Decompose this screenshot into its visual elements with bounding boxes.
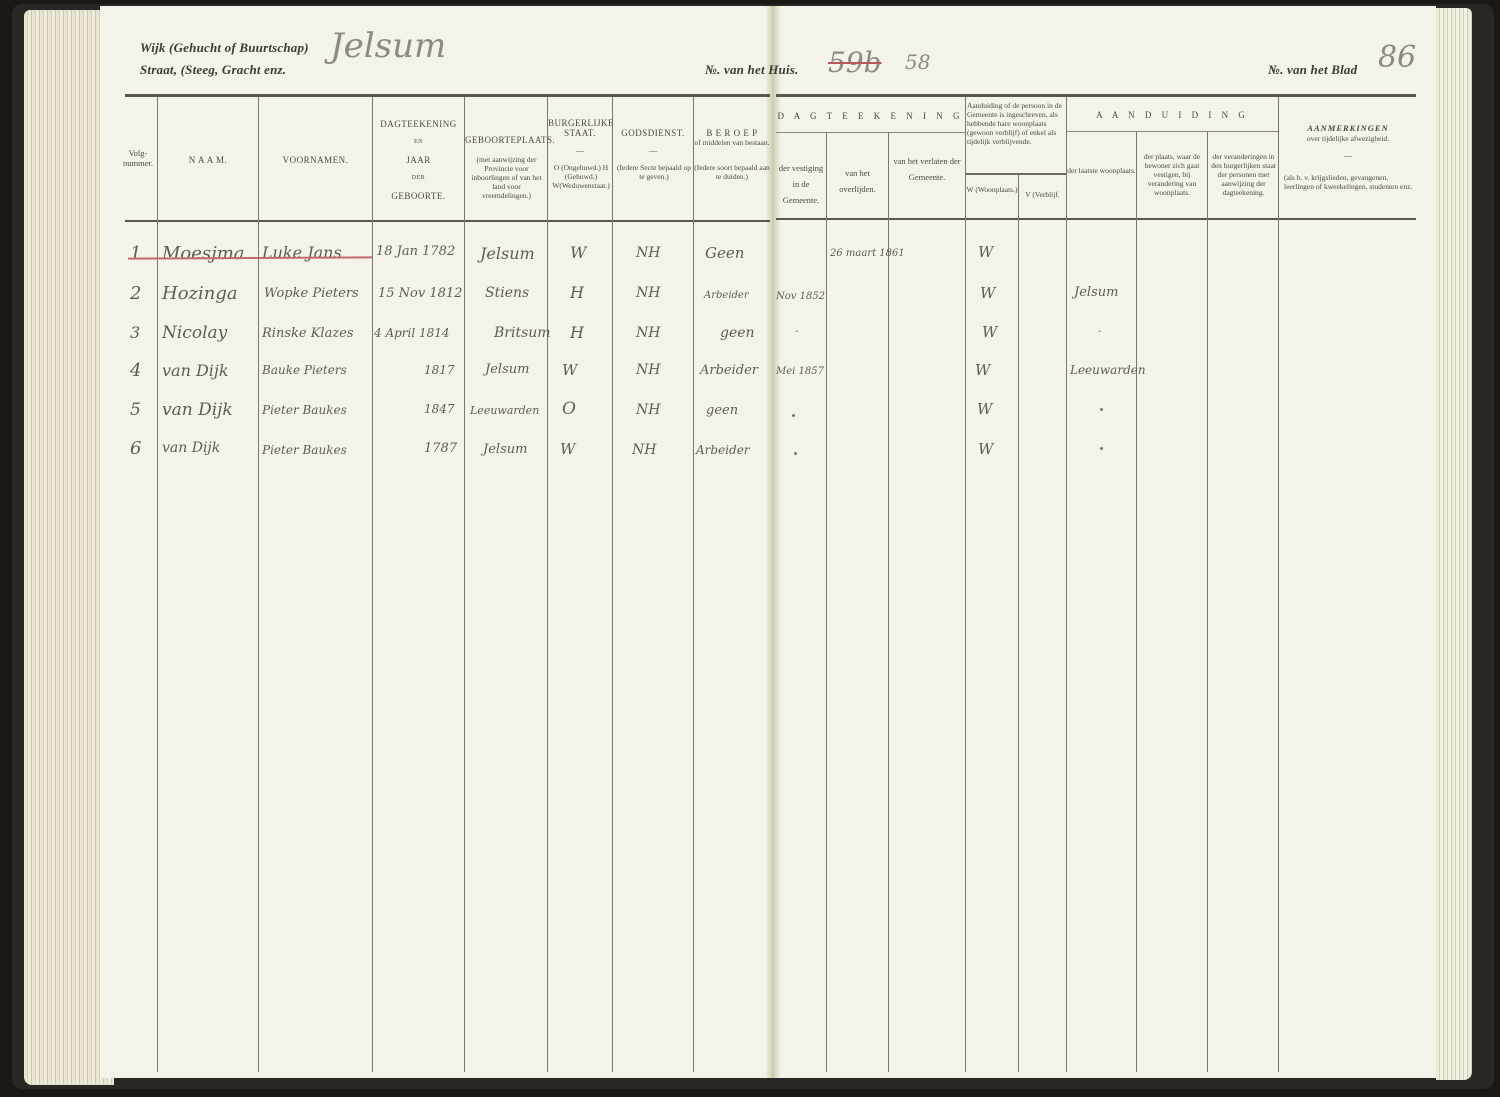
row-1-nr: 1	[130, 243, 141, 264]
header-laatste-woonplaats: der laatste woonplaats.	[1067, 160, 1136, 182]
row-1-naam: Moesjma	[162, 243, 245, 264]
page-stack-right	[1436, 8, 1472, 1080]
header-beroep: B E R O E P	[694, 128, 770, 138]
header-beroep-note: (Iedere soort bepaald aan te duiden.)	[694, 163, 770, 181]
header-aanmerkingen-note: (als b. v. krijgslieden, gevangenen, lee…	[1284, 173, 1416, 191]
row-3-laatste: -	[1098, 326, 1101, 337]
header-naam: N A A M.	[158, 155, 258, 165]
header-vestiging: der vestiging in de Gemeente.	[776, 160, 826, 208]
row-5-beroep: geen	[706, 403, 738, 418]
row-1-beroep: Geen	[705, 244, 744, 262]
row-4-nr: 4	[130, 360, 141, 381]
top-rule-left	[125, 94, 770, 97]
row-1-geboorte: 18 Jan 1782	[376, 244, 455, 259]
blad-value: 86	[1378, 40, 1416, 75]
row-3-geboorte: 4 April 1814	[374, 326, 450, 340]
col-divider	[464, 97, 465, 1072]
row-4-wv: W	[975, 361, 990, 379]
row-6-geboorte: 1787	[424, 441, 457, 456]
row-2-wv: W	[980, 284, 995, 302]
row-3-plaats: Britsum	[494, 325, 551, 341]
header-dagteekening-geboorte: DAGTEEKENING EN JAAR DER GEBOORTE.	[373, 115, 464, 205]
row-2-naam: Hozinga	[162, 283, 238, 304]
col-divider	[1066, 97, 1067, 1072]
row-2-staat: H	[570, 283, 584, 302]
row-3-wv: W	[982, 323, 997, 341]
col-divider	[157, 97, 158, 1072]
header-bottom-rule-left	[125, 220, 770, 222]
aanduiding-subrule	[1066, 131, 1278, 132]
header-w-woonplaats: W (Woonplaats.)	[966, 183, 1018, 197]
header-godsdienst: GODSDIENST.	[613, 128, 693, 138]
row-2-plaats: Stiens	[485, 285, 529, 301]
header-burgerlijke-staat: BURGERLIJKE STAAT.	[548, 118, 612, 138]
huis-value-struck: 59b	[828, 46, 882, 79]
row-1-godsdienst: NH	[636, 245, 660, 261]
row-3-staat: H	[570, 323, 584, 342]
header-line: EN	[373, 133, 464, 151]
blad-label: №. van het Blad	[1268, 62, 1357, 78]
header-overlijden: van het overlijden.	[827, 165, 888, 197]
wijk-label: Wijk (Gehucht of Buurtschap)	[140, 40, 309, 56]
row-4-plaats: Jelsum	[485, 362, 529, 377]
row-6-staat: W	[560, 440, 575, 458]
huis-label: №. van het Huis.	[705, 62, 798, 78]
row-2-godsdienst: NH	[636, 285, 660, 301]
row-5-wv: W	[977, 400, 992, 418]
row-6-nr: 6	[130, 438, 141, 459]
row-3-godsdienst: NH	[636, 325, 660, 341]
header-bottom-rule-right	[776, 218, 1416, 220]
header-dash: —	[548, 145, 612, 155]
header-godsdienst-note: (Iedere Secte bepaald op te geven.)	[615, 163, 693, 181]
row-5-geboorte: 1847	[424, 402, 455, 416]
row-6-beroep: Arbeider	[696, 443, 750, 457]
col-divider	[258, 97, 259, 1072]
row-1-wv: W	[978, 243, 993, 261]
ditto-mark	[794, 452, 797, 455]
header-plaats-vestigen: der plaats, waar de bewoner zich gaat ve…	[1138, 152, 1206, 197]
row-4-naam: van Dijk	[162, 361, 229, 380]
row-5-plaats: Leeuwarden	[470, 404, 539, 417]
col-divider	[1018, 174, 1019, 1072]
header-volgnummer: Volg-nummer.	[120, 148, 156, 168]
header-dash: —	[1280, 150, 1416, 160]
header-geboorteplaats: GEBOORTEPLAATS.	[465, 135, 547, 145]
row-2-laatste: Jelsum	[1074, 285, 1118, 300]
header-geboorteplaats-note: (met aanwijzing der Provincie voor inboo…	[467, 155, 546, 200]
header-line: DER	[373, 169, 464, 187]
straat-label: Straat, (Steeg, Gracht enz.	[140, 62, 286, 78]
row-5-naam: van Dijk	[162, 400, 233, 420]
row-4-staat: W	[562, 361, 577, 379]
header-verlaten: van het verlaten der Gemeente.	[889, 153, 965, 185]
header-v-verblijf: V (Verblijf.	[1019, 190, 1066, 200]
header-beroep-sub: of middelen van bestaan.	[694, 138, 770, 147]
row-1-voornamen: Luke Jans	[262, 243, 342, 262]
row-1-overlijden: 26 maart 1861	[830, 248, 905, 259]
row-5-godsdienst: NH	[636, 402, 660, 418]
row-3-beroep: geen	[720, 325, 755, 341]
row-4-laatste: Leeuwarden	[1070, 363, 1146, 377]
header-line: GEBOORTE.	[373, 187, 464, 205]
huis-value: 58	[905, 50, 930, 74]
col-divider	[693, 97, 694, 1072]
header-aanmerkingen: AANMERKINGEN	[1280, 123, 1416, 133]
col-divider	[547, 97, 548, 1072]
row-1-staat: W	[570, 243, 586, 262]
dagteekening-subrule	[776, 132, 966, 133]
col-divider	[888, 132, 889, 1072]
col-divider	[965, 97, 966, 1072]
row-5-voornamen: Pieter Baukes	[262, 403, 347, 417]
row-1-plaats: Jelsum	[480, 244, 535, 263]
row-2-voornamen: Wopke Pieters	[264, 286, 359, 301]
row-2-vestiging: Nov 1852	[776, 291, 825, 302]
wijk-value: Jelsum	[330, 26, 446, 66]
row-6-voornamen: Pieter Baukes	[262, 443, 347, 457]
col-divider	[1207, 131, 1208, 1072]
header-dagteekening-group: D A G T E E K E N I N G	[776, 111, 965, 121]
row-6-naam: van Dijk	[162, 440, 220, 456]
col-divider	[1136, 131, 1137, 1072]
header-aanduiding-group: A A N D U I D I N G	[1067, 110, 1278, 120]
header-line: JAAR	[373, 151, 464, 169]
header-veranderingen: der veranderingen in den burgerlijken st…	[1209, 152, 1278, 197]
col-divider	[372, 97, 373, 1072]
row-3-vestiging: -	[795, 326, 798, 337]
col-divider	[612, 97, 613, 1072]
header-aanduiding-persoon: Aanduiding of de persoon in de Gemeente …	[967, 101, 1065, 146]
row-2-beroep: Arbeider	[704, 290, 749, 301]
row-5-staat: O	[562, 399, 576, 419]
aanduiding-persoon-subrule	[966, 173, 1066, 175]
row-4-beroep: Arbeider	[700, 363, 758, 378]
row-6-plaats: Jelsum	[483, 442, 527, 457]
ditto-mark	[1100, 447, 1103, 450]
row-6-godsdienst: NH	[632, 442, 656, 458]
row-6-wv: W	[978, 440, 993, 458]
ditto-mark	[792, 414, 795, 417]
row-4-godsdienst: NH	[636, 362, 660, 378]
row-4-vestiging: Mei 1857	[776, 366, 824, 377]
row-4-geboorte: 1817	[424, 363, 455, 377]
row-3-nr: 3	[130, 323, 140, 342]
header-dash: —	[613, 145, 693, 155]
row-3-naam: Nicolay	[162, 323, 227, 343]
col-divider	[1278, 97, 1279, 1072]
top-rule-right	[776, 94, 1416, 97]
header-burgerlijke-staat-note: O (Ongehuwd.) H (Gehuwd.) W(Weduwenstaat…	[550, 163, 612, 190]
col-divider	[826, 132, 827, 1072]
row-2-geboorte: 15 Nov 1812	[378, 286, 462, 301]
row-2-nr: 2	[130, 283, 141, 304]
row-3-voornamen: Rinske Klazes	[262, 326, 354, 341]
row-5-nr: 5	[130, 400, 141, 420]
header-voornamen: VOORNAMEN.	[259, 155, 372, 165]
header-aanmerkingen-sub: over tijdelijke afwezigheid.	[1280, 134, 1416, 144]
row-4-voornamen: Bauke Pieters	[262, 363, 347, 377]
ditto-mark	[1100, 408, 1103, 411]
header-line: DAGTEEKENING	[373, 115, 464, 133]
